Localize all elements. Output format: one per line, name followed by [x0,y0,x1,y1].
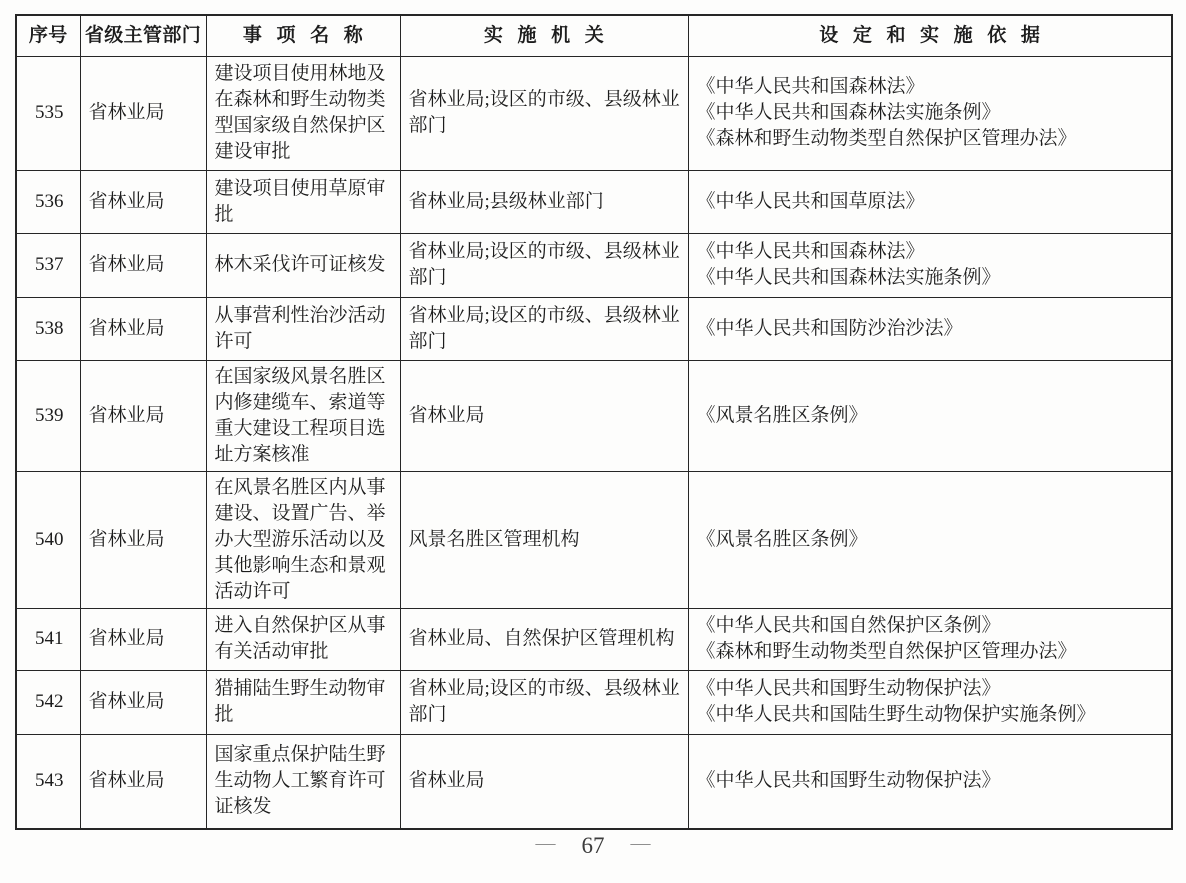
agency-cell: 省林业局;设区的市级、县级林业部门 [400,670,688,734]
table-row: 537 省林业局 林木采伐许可证核发 省林业局;设区的市级、县级林业部门 《中华… [16,233,1172,297]
agency-cell: 省林业局;设区的市级、县级林业部门 [400,56,688,170]
footer-right-dash: — [631,832,651,854]
basis-cell: 《中华人民共和国自然保护区条例》 《森林和野生动物类型自然保护区管理办法》 [688,608,1172,670]
basis-cell: 《中华人民共和国草原法》 [688,170,1172,233]
agency-cell: 省林业局;设区的市级、县级林业部门 [400,233,688,297]
row-number: 539 [16,360,80,471]
basis-cell: 《风景名胜区条例》 [688,360,1172,471]
department-cell: 省林业局 [80,233,206,297]
agency-cell: 省林业局 [400,734,688,829]
basis-cell: 《中华人民共和国防沙治沙法》 [688,297,1172,360]
item-name-cell: 从事营利性治沙活动许可 [206,297,400,360]
agency-cell: 省林业局、自然保护区管理机构 [400,608,688,670]
header-no: 序号 [16,15,80,56]
page-footer: —67— [0,833,1186,859]
table-row: 535 省林业局 建设项目使用林地及在森林和野生动物类型国家级自然保护区建设审批… [16,56,1172,170]
item-name-cell: 猎捕陆生野生动物审批 [206,670,400,734]
permit-items-table: 序号 省级主管部门 事 项 名 称 实 施 机 关 设 定 和 实 施 依 据 … [15,14,1173,830]
department-cell: 省林业局 [80,297,206,360]
item-name-cell: 进入自然保护区从事有关活动审批 [206,608,400,670]
row-number: 536 [16,170,80,233]
table-row: 542 省林业局 猎捕陆生野生动物审批 省林业局;设区的市级、县级林业部门 《中… [16,670,1172,734]
basis-cell: 《中华人民共和国野生动物保护法》 [688,734,1172,829]
item-name-cell: 林木采伐许可证核发 [206,233,400,297]
department-cell: 省林业局 [80,471,206,608]
item-name-cell: 在风景名胜区内从事建设、设置广告、举办大型游乐活动以及其他影响生态和景观活动许可 [206,471,400,608]
department-cell: 省林业局 [80,670,206,734]
agency-cell: 省林业局;设区的市级、县级林业部门 [400,297,688,360]
item-name-cell: 建设项目使用草原审批 [206,170,400,233]
row-number: 535 [16,56,80,170]
table-row: 543 省林业局 国家重点保护陆生野生动物人工繁育许可证核发 省林业局 《中华人… [16,734,1172,829]
department-cell: 省林业局 [80,360,206,471]
item-name-cell: 建设项目使用林地及在森林和野生动物类型国家级自然保护区建设审批 [206,56,400,170]
row-number: 537 [16,233,80,297]
basis-cell: 《中华人民共和国野生动物保护法》 《中华人民共和国陆生野生动物保护实施条例》 [688,670,1172,734]
row-number: 541 [16,608,80,670]
agency-cell: 省林业局;县级林业部门 [400,170,688,233]
page-number: 67 [582,833,605,859]
footer-left-dash: — [536,832,556,854]
basis-cell: 《中华人民共和国森林法》 《中华人民共和国森林法实施条例》 《森林和野生动物类型… [688,56,1172,170]
department-cell: 省林业局 [80,734,206,829]
department-cell: 省林业局 [80,170,206,233]
item-name-cell: 国家重点保护陆生野生动物人工繁育许可证核发 [206,734,400,829]
row-number: 540 [16,471,80,608]
header-agency: 实 施 机 关 [400,15,688,56]
agency-cell: 省林业局 [400,360,688,471]
row-number: 538 [16,297,80,360]
basis-cell: 《中华人民共和国森林法》 《中华人民共和国森林法实施条例》 [688,233,1172,297]
table-row: 539 省林业局 在国家级风景名胜区内修建缆车、索道等重大建设工程项目选址方案核… [16,360,1172,471]
row-number: 543 [16,734,80,829]
document-page: 序号 省级主管部门 事 项 名 称 实 施 机 关 设 定 和 实 施 依 据 … [0,0,1186,883]
row-number: 542 [16,670,80,734]
header-basis: 设 定 和 实 施 依 据 [688,15,1172,56]
department-cell: 省林业局 [80,56,206,170]
agency-cell: 风景名胜区管理机构 [400,471,688,608]
table-row: 538 省林业局 从事营利性治沙活动许可 省林业局;设区的市级、县级林业部门 《… [16,297,1172,360]
table-header-row: 序号 省级主管部门 事 项 名 称 实 施 机 关 设 定 和 实 施 依 据 [16,15,1172,56]
table-row: 536 省林业局 建设项目使用草原审批 省林业局;县级林业部门 《中华人民共和国… [16,170,1172,233]
department-cell: 省林业局 [80,608,206,670]
basis-cell: 《风景名胜区条例》 [688,471,1172,608]
header-item-name: 事 项 名 称 [206,15,400,56]
header-department: 省级主管部门 [80,15,206,56]
item-name-cell: 在国家级风景名胜区内修建缆车、索道等重大建设工程项目选址方案核准 [206,360,400,471]
table-row: 540 省林业局 在风景名胜区内从事建设、设置广告、举办大型游乐活动以及其他影响… [16,471,1172,608]
table-row: 541 省林业局 进入自然保护区从事有关活动审批 省林业局、自然保护区管理机构 … [16,608,1172,670]
